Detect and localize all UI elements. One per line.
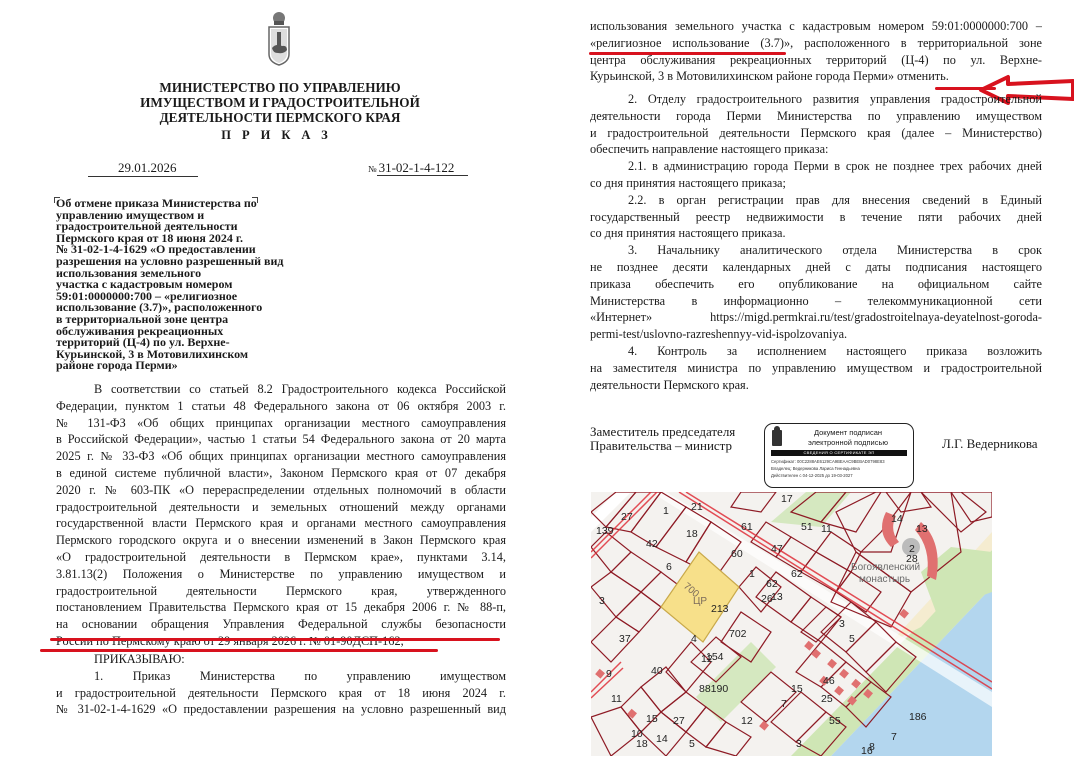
stamp-title-line: Документ подписан — [789, 428, 907, 438]
text-line: «религиозное использование (3.7)», распо… — [590, 35, 1042, 52]
building-footprint — [834, 686, 844, 696]
text-line: № 31-02-1-4-1629 «О предоставлении разре… — [56, 701, 506, 718]
parcel-number-label: 62 — [766, 578, 778, 590]
parcel-number-label: 6 — [666, 561, 672, 573]
text-line: в единой системе публичной власти», Зако… — [56, 465, 506, 482]
parcel-number-label: 46 — [823, 675, 835, 687]
building-footprint — [759, 721, 769, 731]
text-line: России по Пермскому краю от 29 января 20… — [56, 633, 506, 650]
parcel-number-label: 25 — [821, 693, 833, 705]
parcel-number-label: 12 — [741, 715, 753, 727]
cadastral-map-canvas: 700 ЦР Богоявленский монастырь 271391211… — [591, 492, 992, 756]
parcel-number-label: 88190 — [699, 683, 728, 695]
parcel-outline — [621, 687, 661, 732]
parcel-number-label: 1 — [663, 505, 669, 517]
certificate-validity: Действителен с 04-12-2025 до 19-03-2027 — [771, 472, 911, 479]
parcel-number-label: 61 — [741, 521, 753, 533]
parcel-outline — [616, 592, 661, 632]
text-line: использования земельного участка с кадас… — [590, 18, 1042, 35]
ministry-title-line: МИНИСТЕРСТВО ПО УПРАВЛЕНИЮ — [100, 80, 460, 95]
parcel-number-label: 62 — [791, 568, 803, 580]
text-line: ПРИКАЗЫВАЮ: — [56, 651, 506, 668]
text-line: 3.81.13(2) Положения о Министерстве по у… — [56, 566, 506, 583]
coat-of-arms-icon — [772, 430, 782, 446]
parcel-outline — [731, 492, 776, 512]
text-line: 1. Приказ Министерства по управлению иму… — [56, 668, 506, 685]
parcel-outline — [611, 552, 661, 592]
parcel-number-label: 16 — [861, 745, 873, 756]
parcel-number-label: 21 — [691, 501, 703, 513]
parcel-number-label: 3 — [599, 595, 605, 607]
signatory-position: Заместитель председателя Правительства –… — [590, 425, 735, 452]
text-line: со дня принятия настоящего приказа; — [590, 175, 1042, 192]
parcel-outline — [641, 667, 686, 712]
text-line: градостроительной деятельности Пермского… — [56, 583, 506, 600]
preamble: В соответствии со статьей 8.2 Градострои… — [56, 381, 506, 650]
parcel-number-label: 13 — [771, 591, 783, 603]
building-footprint — [827, 659, 837, 669]
text-line: Пермского городского округа и о внесении… — [56, 532, 506, 549]
corner-mark — [252, 197, 258, 203]
coat-of-arms-icon — [266, 10, 292, 66]
text-line: 4. Контроль за исполнением настоящего пр… — [590, 343, 1042, 360]
document-type: ПРИКАЗ — [100, 128, 460, 143]
ministry-title-line: ИМУЩЕСТВОМ И ГРАДОСТРОИТЕЛЬНОЙ — [100, 95, 460, 110]
number-prefix: № — [368, 164, 377, 174]
certificate-owner: Владелец: Ведерникова Лариса Геннадьевна — [771, 465, 911, 472]
e-signature-stamp: Документ подписан электронной подписью С… — [764, 423, 914, 488]
parcel-number-label: 7 — [891, 731, 897, 743]
text-line: государственный реестр недвижимости в те… — [590, 209, 1042, 226]
parcel-number-label: 11 — [821, 523, 832, 535]
text-line: 2. Отделу градостроительного развития уп… — [590, 91, 1042, 108]
parcel-number-label: 5 — [689, 738, 695, 750]
parcel-number-label: 139 — [596, 525, 614, 537]
text-line: В соответствии со статьей 8.2 Градострои… — [56, 381, 506, 398]
parcel-number-label: 2 — [909, 543, 915, 555]
text-line: постановлением Правительства Пермского к… — [56, 599, 506, 616]
parcel-outline — [706, 722, 751, 756]
red-underline-annotation — [589, 52, 786, 55]
subject-line: районе города Перми» — [56, 360, 296, 372]
parcel-outline — [921, 492, 986, 532]
map-label: ЦР — [693, 596, 707, 607]
parcel-number-label: 13 — [916, 523, 928, 535]
text-line: со дня принятия настоящего приказа. — [590, 225, 1042, 242]
text-line: «Интернет» https://migd.permkrai.ru/test… — [590, 309, 1042, 326]
text-line: деятельности города Перми Министерства п… — [590, 108, 1042, 125]
parcel-number-label: 47 — [771, 543, 783, 555]
ministry-title: МИНИСТЕРСТВО ПО УПРАВЛЕНИЮ ИМУЩЕСТВОМ И … — [100, 80, 460, 125]
parcel-number-label: 9 — [606, 668, 612, 680]
parcel-number-label: 37 — [619, 633, 631, 645]
parcel-number-label: 3 — [796, 738, 802, 750]
text-line: № 131-ФЗ «Об общих принципах организации… — [56, 415, 506, 432]
text-line: деятельности Пермского края. — [590, 377, 1042, 394]
order-item-1: ПРИКАЗЫВАЮ:1. Приказ Министерства по упр… — [56, 651, 506, 718]
text-line: Федерации, пунктом 1 статьи 48 Федеральн… — [56, 398, 506, 415]
parcel-number-label: 51 — [801, 521, 813, 533]
building-footprint — [595, 669, 605, 679]
parcel-number-label: 55 — [829, 715, 841, 727]
corner-mark — [54, 197, 60, 203]
number-value: 31-02-1-4-122 — [377, 160, 469, 176]
text-line: 2.2. в орган регистрации прав для внесен… — [590, 192, 1042, 209]
certificate-id: Сертификат: 00C2288AE6129CA9BEAAC9BEBAD0… — [771, 458, 911, 465]
stamp-title-line: электронной подписью — [789, 438, 907, 448]
text-line: Курьинской, 3 в Мотовилихинском районе г… — [590, 68, 1042, 85]
order-page-1: МИНИСТЕРСТВО ПО УПРАВЛЕНИЮ ИМУЩЕСТВОМ И … — [0, 0, 540, 774]
parcel-number-label: 702 — [729, 628, 747, 640]
building-footprint — [804, 641, 814, 651]
parcel-number-label: 7 — [781, 698, 787, 710]
parcel-number-label: 14 — [891, 513, 903, 525]
order-subject: Об отмене приказа Министерства поуправле… — [56, 198, 296, 372]
stamp-bar: СВЕДЕНИЯ О СЕРТИФИКАТЕ ЭП — [771, 450, 907, 456]
signatory-name: Л.Г. Ведерникова — [942, 436, 1038, 452]
text-line: не позднее десяти календарных дней с дат… — [590, 259, 1042, 276]
parcel-number-label: 154 — [706, 651, 724, 663]
order-items: 2. Отделу градостроительного развития уп… — [590, 91, 1042, 393]
text-line: 2020 г. № 603-ПК «О перераспределении от… — [56, 482, 506, 499]
parcel-number-label: 14 — [656, 733, 668, 745]
parcel-number-label: 18 — [636, 738, 648, 750]
building-footprint — [811, 649, 821, 659]
text-line: государственной власти Пермского края и … — [56, 515, 506, 532]
parcel-number-label: 15 — [791, 683, 803, 695]
parcel-number-label: 15 — [646, 713, 658, 725]
parcel-outline — [951, 492, 992, 522]
text-line: Министерства в информационно – телекомму… — [590, 293, 1042, 310]
ministry-title-line: ДЕЯТЕЛЬНОСТИ ПЕРМСКОГО КРАЯ — [100, 110, 460, 125]
text-line: обеспечить направление настоящего приказ… — [590, 141, 1042, 158]
map-label: монастырь — [859, 574, 910, 585]
parcel-number-label: 1 — [749, 568, 755, 580]
position-line: Правительства – министр — [590, 439, 735, 453]
parcel-number-label: 18 — [686, 528, 698, 540]
red-underline-annotation — [50, 638, 500, 641]
text-line: на основании обращения Управления Федера… — [56, 616, 506, 633]
position-line: Заместитель председателя — [590, 425, 735, 439]
parcel-number-label: 5 — [849, 633, 855, 645]
text-line: градостроительной деятельности и земельн… — [56, 499, 506, 516]
parcel-number-label: 186 — [909, 711, 927, 723]
parcel-number-label: 11 — [611, 693, 622, 705]
order-page-2: использования земельного участка с кадас… — [540, 0, 1074, 774]
text-line: на заместителя министра по управлению им… — [590, 360, 1042, 377]
parcel-number-label: 17 — [781, 493, 793, 505]
parcel-number-label: 60 — [731, 548, 743, 560]
text-line: 2.1. в администрацию города Перми в срок… — [590, 158, 1042, 175]
parcel-number-label: 27 — [673, 715, 685, 727]
building-footprint — [839, 669, 849, 679]
text-line: и градостроительной деятельности Пермско… — [590, 125, 1042, 142]
text-line: «О градостроительной деятельности в Перм… — [56, 549, 506, 566]
parcel-number-label: 213 — [711, 603, 729, 615]
parcel-number-label: 4 — [691, 633, 697, 645]
parcel-number-label: 3 — [839, 618, 845, 630]
order-number: №31-02-1-4-122 — [368, 160, 468, 176]
stamp-info: Сертификат: 00C2288AE6129CA9BEAAC9BEBAD0… — [771, 458, 911, 479]
cadastral-map: 700 ЦР Богоявленский монастырь 271391211… — [591, 492, 992, 756]
parcel-number-label: 40 — [651, 665, 663, 677]
stamp-title: Документ подписан электронной подписью — [789, 428, 907, 447]
text-line: 3. Начальнику аналитического отдела Мини… — [590, 242, 1042, 259]
text-line: приказа обеспечить его опубликование на … — [590, 276, 1042, 293]
text-line: 2025 г. № 33-ФЗ «Об общих принципах орга… — [56, 448, 506, 465]
parcel-number-label: 42 — [646, 538, 658, 550]
parcel-outline — [591, 617, 639, 662]
order-date: 29.01.2026 — [88, 160, 198, 177]
parcel-number-label: 27 — [621, 511, 633, 523]
text-line: permi-test/uslovno-razreshennyy-vid-ispo… — [590, 326, 1042, 343]
text-line: в Российской Федерации», частью 1 статьи… — [56, 431, 506, 448]
text-line: и градостроительной деятельности Пермско… — [56, 685, 506, 702]
